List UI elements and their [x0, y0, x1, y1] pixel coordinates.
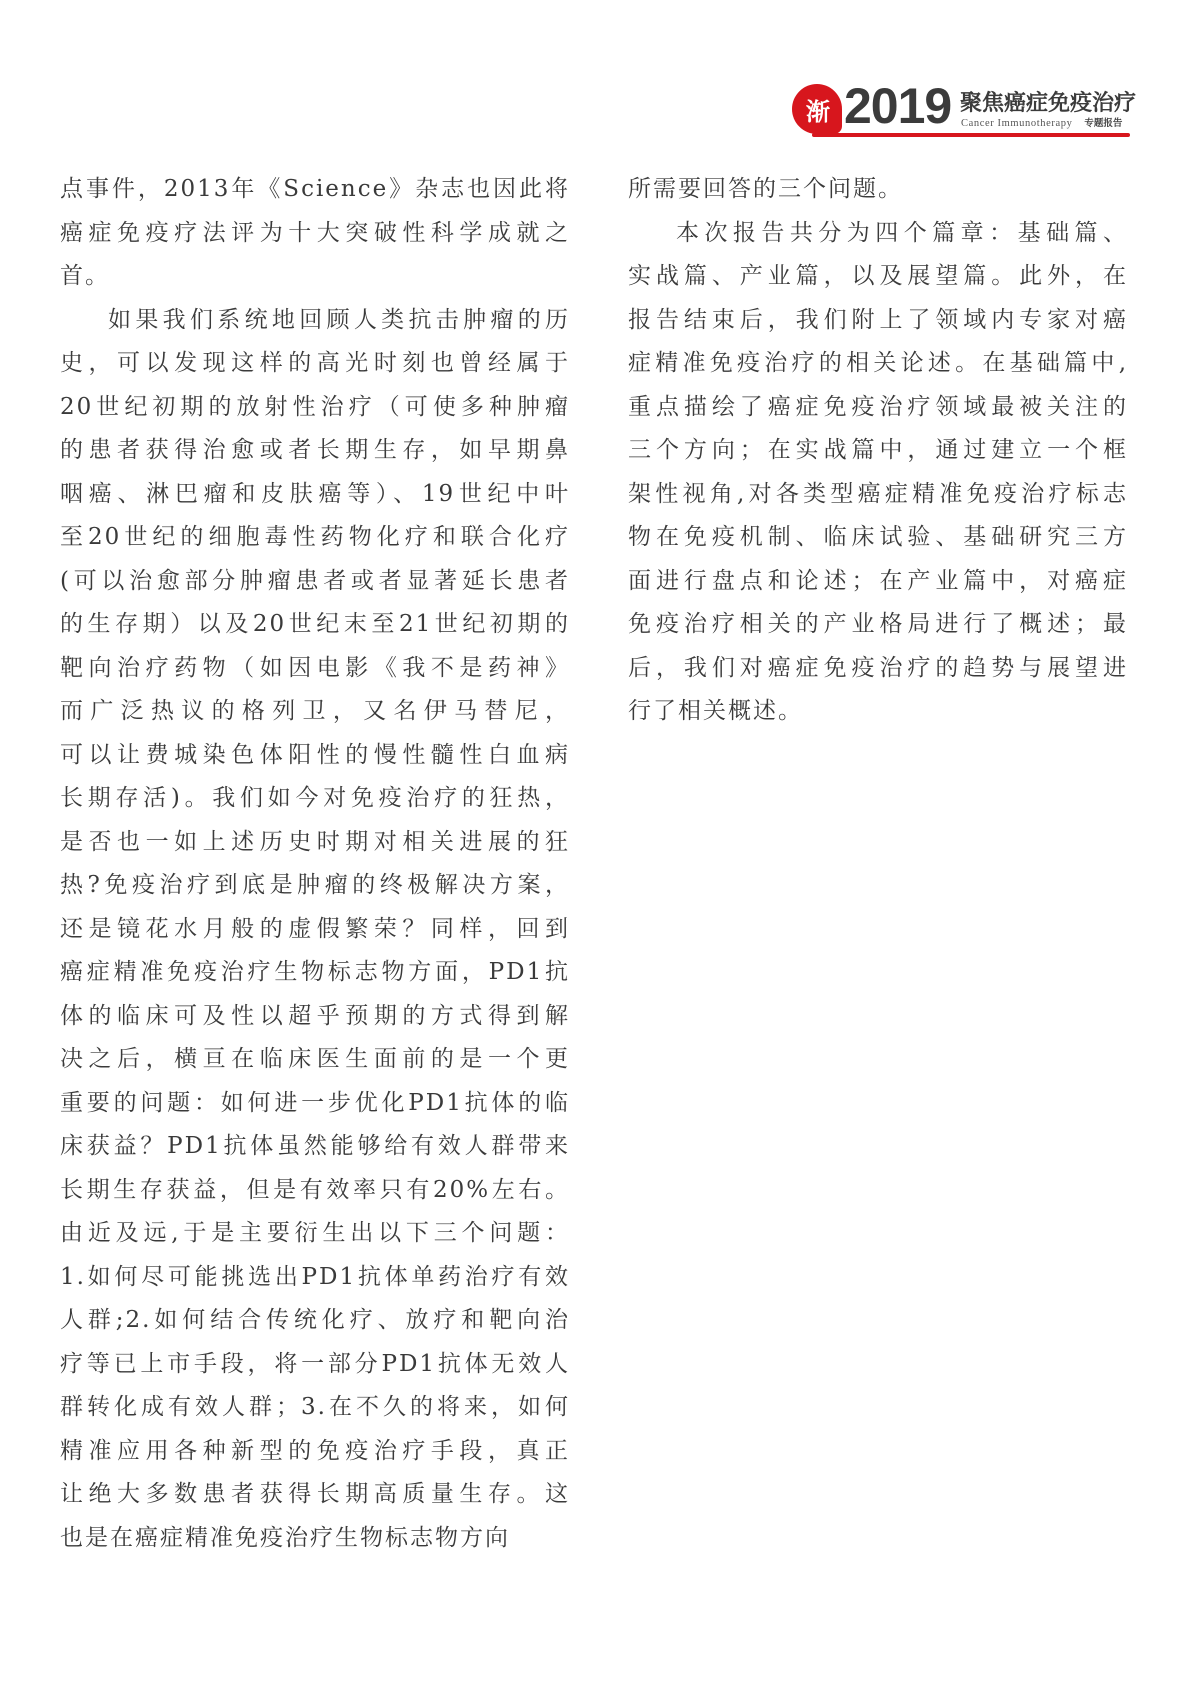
text-line: 点事件，2013年《Science》杂志也因此将: [60, 168, 570, 212]
text-line: 咽癌、淋巴瘤和皮肤癌等）、19世纪中叶: [60, 473, 570, 517]
text-line: 床获益？PD1抗体虽然能够给有效人群带来: [60, 1125, 570, 1169]
text-line: 体的临床可及性以超乎预期的方式得到解: [60, 995, 570, 1039]
text-line: 至20世纪的细胞毒性药物化疗和联合化疗: [60, 516, 570, 560]
logo-subtitle-english: Cancer Immunotherapy: [961, 118, 1072, 129]
text-line: 可以让费城染色体阳性的慢性髓性白血病: [60, 734, 570, 778]
text-line: 三个方向；在实战篇中，通过建立一个框: [628, 429, 1128, 473]
text-line: 决之后，横亘在临床医生面前的是一个更: [60, 1038, 570, 1082]
text-line: 20世纪初期的放射性治疗（可使多种肿瘤: [60, 386, 570, 430]
text-line: 长期生存获益，但是有效率只有20%左右。: [60, 1169, 570, 1213]
text-line: 1.如何尽可能挑选出PD1抗体单药治疗有效: [60, 1256, 570, 1300]
text-line: 精准应用各种新型的免疫治疗手段，真正: [60, 1430, 570, 1474]
text-line: 实战篇、产业篇，以及展望篇。此外，在: [628, 255, 1128, 299]
logo-year: 2019: [844, 78, 951, 134]
text-line: 由近及远,于是主要衍生出以下三个问题：: [60, 1212, 570, 1256]
logo-tag: 专题报告: [1084, 118, 1122, 129]
text-line: (可以治愈部分肿瘤患者或者显著延长患者: [60, 560, 570, 604]
text-line: 所需要回答的三个问题。: [628, 168, 1128, 212]
logo-subtitle: Cancer Immunotherapy专题报告: [961, 115, 1122, 129]
text-line: 靶向治疗药物（如因电影《我不是药神》: [60, 647, 570, 691]
text-line: 疗等已上市手段，将一部分PD1抗体无效人: [60, 1343, 570, 1387]
text-line: 热?免疫治疗到底是肿瘤的终极解决方案，: [60, 864, 570, 908]
text-line: 而广泛热议的格列卫，又名伊马替尼，: [60, 690, 570, 734]
text-line: 群转化成有效人群；3.在不久的将来，如何: [60, 1386, 570, 1430]
text-line: 报告结束后，我们附上了领域内专家对癌: [628, 299, 1128, 343]
text-line: 架性视角,对各类型癌症精准免疫治疗标志: [628, 473, 1128, 517]
text-line: 癌症免疫疗法评为十大突破性科学成就之: [60, 212, 570, 256]
text-line: 重点描绘了癌症免疫治疗领域最被关注的: [628, 386, 1128, 430]
text-line: 癌症精准免疫治疗生物标志物方面，PD1抗: [60, 951, 570, 995]
text-line: 免疫治疗相关的产业格局进行了概述；最: [628, 603, 1128, 647]
text-line: 还是镜花水月般的虚假繁荣？同样，回到: [60, 908, 570, 952]
text-line: 是否也一如上述历史时期对相关进展的狂: [60, 821, 570, 865]
text-line: 面进行盘点和论述；在产业篇中，对癌症: [628, 560, 1128, 604]
text-line: 长期存活)。我们如今对免疫治疗的狂热，: [60, 777, 570, 821]
right-text-column: 所需要回答的三个问题。 本次报告共分为四个篇章：基础篇、 实战篇、产业篇，以及展…: [628, 168, 1128, 734]
text-line: 物在免疫机制、临床试验、基础研究三方: [628, 516, 1128, 560]
text-line: 的患者获得治愈或者长期生存，如早期鼻: [60, 429, 570, 473]
report-header-logo: 渐 2019 聚焦癌症免疫治疗 Cancer Immunotherapy专题报告: [792, 82, 1137, 142]
text-line: 如果我们系统地回顾人类抗击肿瘤的历: [60, 299, 570, 343]
text-line: 后，我们对癌症免疫治疗的趋势与展望进: [628, 647, 1128, 691]
text-line: 行了相关概述。: [628, 690, 1128, 734]
left-text-column: 点事件，2013年《Science》杂志也因此将 癌症免疫疗法评为十大突破性科学…: [60, 168, 570, 1560]
text-line: 也是在癌症精准免疫治疗生物标志物方向: [60, 1517, 570, 1561]
text-line: 史，可以发现这样的高光时刻也曾经属于: [60, 342, 570, 386]
logo-title: 聚焦癌症免疫治疗: [960, 86, 1136, 117]
header-divider: [812, 133, 1130, 137]
text-line: 症精准免疫治疗的相关论述。在基础篇中,: [628, 342, 1128, 386]
text-line: 人群;2.如何结合传统化疗、放疗和靶向治: [60, 1299, 570, 1343]
text-line: 本次报告共分为四个篇章：基础篇、: [628, 212, 1128, 256]
text-line: 让绝大多数患者获得长期高质量生存。这: [60, 1473, 570, 1517]
seal-logo-icon: 渐: [792, 84, 842, 134]
text-line: 的生存期）以及20世纪末至21世纪初期的: [60, 603, 570, 647]
text-line: 首。: [60, 255, 570, 299]
text-line: 重要的问题：如何进一步优化PD1抗体的临: [60, 1082, 570, 1126]
